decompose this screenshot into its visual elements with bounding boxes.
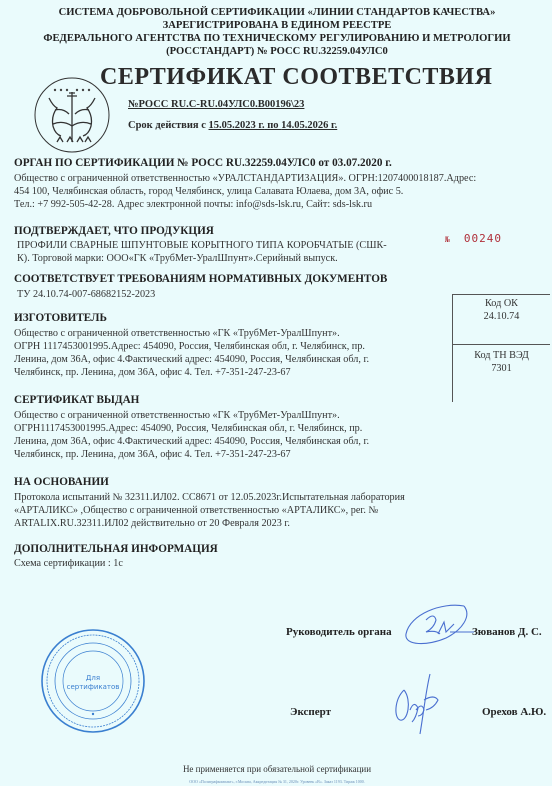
text-line: ОГРН 1117453001995.Адрес: 454090, Россия… — [14, 340, 369, 353]
conformity-details: ТУ 24.10.74-007-68682152-2023 — [17, 288, 155, 301]
expert-role-label: Эксперт — [290, 706, 331, 718]
manufacturer-details: Общество с ограниченной ответственностью… — [14, 327, 369, 379]
head-role-label: Руководитель органа — [286, 626, 392, 638]
expert-name: Орехов А.Ю. — [482, 706, 546, 718]
code-label: Код ТН ВЭД — [453, 349, 550, 362]
validity-to: 14.05.2026 г. — [281, 120, 337, 131]
header-line: (РОССТАНДАРТ) № РОСС RU.32259.04УЛС0 — [0, 45, 554, 58]
validity-middle: по — [265, 120, 282, 131]
additional-info-heading: ДОПОЛНИТЕЛЬНАЯ ИНФОРМАЦИЯ — [14, 543, 218, 555]
svg-text:сертификатов: сертификатов — [67, 683, 120, 691]
text-line: Общество с ограниченной ответственностью… — [14, 327, 369, 340]
certificate-number: №РОСС RU.C-RU.04УЛС0.В00196\23 — [128, 99, 304, 110]
validity-prefix: Срок действия с — [128, 120, 209, 131]
issued-to-details: Общество с ограниченной ответственностью… — [14, 409, 369, 461]
head-name: Зюванов Д. С. — [472, 626, 542, 638]
text-line: ТУ 24.10.74-007-68682152-2023 — [17, 288, 155, 301]
basis-details: Протокола испытаний № 32311.ИЛ02. СС8671… — [14, 491, 405, 530]
expert-signature-icon — [390, 670, 450, 742]
serial-value: 00240 — [464, 232, 502, 245]
validity-period: Срок действия с 15.05.2023 г. по 14.05.2… — [128, 120, 337, 131]
additional-info-details: Схема сертификации : 1с — [14, 557, 123, 570]
validity-from: 15.05.2023 г. — [209, 120, 265, 131]
text-line: Тел.: +7 992-505-42-28. Адрес электронно… — [14, 198, 476, 211]
text-line: «АРТАЛИКС» ,Общество с ограниченной отве… — [14, 504, 405, 517]
code-value: 24.10.74 — [453, 310, 550, 323]
text-line: К). Торговой марки: ООО«ГК «ТрубМет-Урал… — [17, 252, 387, 265]
basis-heading: НА ОСНОВАНИИ — [14, 476, 109, 488]
header-line: ЗАРЕГИСТРИРОВАНА В ЕДИНОМ РЕЕСТРЕ — [0, 19, 554, 32]
header-line: СИСТЕМА ДОБРОВОЛЬНОЙ СЕРТИФИКАЦИИ «ЛИНИИ… — [0, 6, 554, 19]
text-line: ОГРН1117453001995.Адрес: 454090, Россия,… — [14, 422, 369, 435]
product-details: ПРОФИЛИ СВАРНЫЕ ШПУНТОВЫЕ КОРЫТНОГО ТИПА… — [17, 239, 387, 265]
text-line: Ленина, дом 36А, офис 4.Фактический адре… — [14, 435, 369, 448]
code-value: 7301 — [453, 362, 550, 375]
header-line: ФЕДЕРАЛЬНОГО АГЕНТСТВА ПО ТЕХНИЧЕСКОМУ Р… — [0, 32, 554, 45]
serial-symbol: № — [445, 235, 450, 244]
manufacturer-heading: ИЗГОТОВИТЕЛЬ — [14, 312, 107, 324]
product-heading: ПОДТВЕРЖДАЕТ, ЧТО ПРОДУКЦИЯ — [14, 225, 214, 237]
text-line: Челябинск, пр. Ленина, дом 36А, офис 4. … — [14, 366, 369, 379]
text-line: Протокола испытаний № 32311.ИЛ02. СС8671… — [14, 491, 405, 504]
organ-details: Общество с ограниченной ответственностью… — [14, 172, 476, 211]
certificate-page: СИСТЕМА ДОБРОВОЛЬНОЙ СЕРТИФИКАЦИИ «ЛИНИИ… — [0, 0, 552, 786]
text-line: Ленина, дом 36А, офис 4.Фактический адре… — [14, 353, 369, 366]
certification-system-header: СИСТЕМА ДОБРОВОЛЬНОЙ СЕРТИФИКАЦИИ «ЛИНИИ… — [0, 6, 554, 58]
text-line: Общество с ограниченной ответственностью… — [14, 409, 369, 422]
code-label: Код ОК — [453, 297, 550, 310]
footer-note: Не применяется при обязательной сертифик… — [0, 764, 554, 774]
issued-to-heading: СЕРТИФИКАТ ВЫДАН — [14, 394, 139, 406]
text-line: Схема сертификации : 1с — [14, 557, 123, 570]
conformity-heading: СООТВЕТСТВУЕТ ТРЕБОВАНИЯМ НОРМАТИВНЫХ ДО… — [14, 273, 387, 285]
okpd-code-box: Код ОК 24.10.74 — [452, 294, 550, 344]
text-line: ПРОФИЛИ СВАРНЫЕ ШПУНТОВЫЕ КОРЫТНОГО ТИПА… — [17, 239, 387, 252]
svg-text:Для: Для — [86, 674, 100, 682]
document-title: СЕРТИФИКАТ СООТВЕТСТВИЯ — [100, 64, 492, 91]
text-line: Челябинск, пр. Ленина, дом 36А, офис 4. … — [14, 448, 369, 461]
text-line: Общество с ограниченной ответственностью… — [14, 172, 476, 185]
head-signature-icon — [402, 600, 478, 650]
text-line: 454 100, Челябинская область, город Челя… — [14, 185, 476, 198]
seal-stamp-icon: Для сертификатов — [40, 628, 146, 734]
organ-heading: ОРГАН ПО СЕРТИФИКАЦИИ № РОСС RU.32259.04… — [14, 157, 392, 169]
text-line: ARTALIX.RU.32311.ИЛ02 действительно от 2… — [14, 517, 405, 530]
serial-number: №00240 — [445, 232, 502, 245]
printer-info: ООО «Полиграфкомпакт», г.Москва, Аккреди… — [0, 779, 554, 784]
tnved-code-box: Код ТН ВЭД 7301 — [452, 344, 550, 402]
